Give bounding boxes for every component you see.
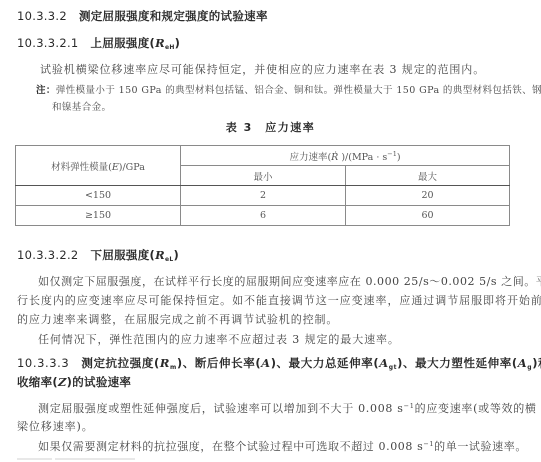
section-number: 10.3.3.2 [17, 9, 67, 23]
table-row: <150 2 20 [16, 186, 510, 206]
title-text: )和断面 [532, 356, 541, 370]
note-text: 弹性模量小于 150 GPa 的典型材料包括锰、铝合金、铜和钛。弹性模量大于 1… [56, 85, 541, 96]
title-text: 收缩率( [17, 375, 58, 389]
column-header-min: 最小 [181, 166, 346, 186]
title-text: ) [173, 248, 179, 262]
column-group-header-stress-rate: 应力速率(Ṙ )/(MPa · s−1) [181, 146, 510, 166]
section-heading-10-3-3-2-2: 10.3.3.2.2下屈服强度(ReL) [17, 247, 179, 263]
title-text: 测定抗拉强度( [81, 356, 159, 370]
header-text: 材料弹性模量( [51, 162, 112, 173]
text: 的单一试验速率。 [434, 440, 527, 453]
subscript: eH [165, 44, 175, 51]
paragraph-line: 行长度内的应变速率应尽可能保持恒定。如不能直接调节这一应变速率，应通过调节屈服即… [17, 292, 541, 308]
text: 测定屈服强度或塑性延伸强度后，试验速率可以增加到不大于 0.008 s [38, 402, 404, 415]
text: 的应变速率(或等效的横 [415, 402, 537, 415]
section-heading-10-3-3-3: 10.3.3.3测定抗拉强度(Rm)、断后伸长率(A)、最大力总延伸率(Agt)… [17, 355, 541, 371]
cutoff-next-heading-title [55, 458, 135, 460]
cell-max: 60 [346, 206, 510, 226]
stress-rate-table: 材料弹性模量(E)/GPa 应力速率(Ṙ )/(MPa · s−1) 最小 最大… [15, 145, 510, 226]
note-line-2: 和镍基合金。 [52, 99, 111, 113]
section-number: 10.3.3.2.1 [17, 36, 79, 50]
cell-modulus: ≥150 [16, 206, 181, 226]
subscript: gt [389, 364, 397, 371]
title-text: 上屈服强度( [91, 36, 156, 50]
cell-modulus: <150 [16, 186, 181, 206]
paragraph-crosshead-rate: 试验机横梁位移速率应尽可能保持恒定，并使相应的应力速率在表 3 规定的范围内。 [40, 61, 485, 77]
cell-min: 6 [181, 206, 346, 226]
cell-min: 2 [181, 186, 346, 206]
paragraph-line: 测定屈服强度或塑性延伸强度后，试验速率可以增加到不大于 0.008 s−1的应变… [38, 400, 537, 416]
title-text: ) [175, 36, 181, 50]
paragraph-line: 如果仅需要测定材料的抗拉强度，在整个试验过程中可选取不超过 0.008 s−1的… [38, 438, 527, 454]
paragraph-line: 如仅测定下屈服强度，在试样平行长度的屈服期间应变速率应在 0.000 25/s～… [38, 273, 541, 289]
symbol: E [112, 162, 119, 173]
title-text: )的试验速率 [67, 375, 132, 389]
column-header-modulus: 材料弹性模量(E)/GPa [16, 146, 181, 186]
section-number: 10.3.3.3 [17, 356, 69, 370]
symbol: R [155, 36, 165, 50]
section-title: 测定屈服强度和规定强度的试验速率 [79, 9, 268, 23]
symbol: A [261, 356, 271, 370]
header-text: )/GPa [119, 162, 145, 173]
superscript: −1 [404, 402, 415, 410]
header-text: 应力速率( [289, 152, 331, 163]
section-number: 10.3.3.2.2 [17, 248, 79, 262]
header-text: )/(MPa · s [338, 152, 387, 163]
table-title: 表 3 应力速率 [0, 119, 541, 135]
title-text: )、断后伸长率( [177, 356, 261, 370]
section-heading-10-3-3-2: 10.3.3.2测定屈服强度和规定强度的试验速率 [17, 8, 268, 24]
note-line-1: 注：弹性模量小于 150 GPa 的典型材料包括锰、铝合金、铜和钛。弹性模量大于… [36, 82, 541, 96]
paragraph-line: 的应力速率来调整，在屈服完成之前不再调节试验机的控制。 [17, 311, 338, 327]
header-text: ) [397, 152, 401, 163]
section-heading-10-3-3-2-1: 10.3.3.2.1上屈服强度(ReH) [17, 35, 180, 51]
symbol: Z [58, 375, 67, 389]
superscript: −1 [423, 440, 434, 448]
title-text: )、最大力塑性延伸率( [397, 356, 518, 370]
cell-max: 20 [346, 186, 510, 206]
text: 如果仅需要测定材料的抗拉强度，在整个试验过程中可选取不超过 0.008 s [38, 440, 423, 453]
note-label: 注： [36, 85, 56, 96]
symbol: R [155, 248, 165, 262]
symbol: R [160, 356, 170, 370]
superscript: −1 [387, 150, 397, 158]
subscript: m [170, 364, 177, 371]
column-header-max: 最大 [346, 166, 510, 186]
section-heading-10-3-3-3-line2: 收缩率(Z)的试验速率 [17, 374, 131, 390]
paragraph-line: 梁位移速率)。 [17, 418, 94, 434]
symbol: A [518, 356, 528, 370]
paragraph-line: 任何情况下，弹性范围内的应力速率不应超过表 3 规定的最大速率。 [38, 331, 400, 347]
cutoff-next-heading-number [17, 458, 52, 460]
title-text: 下屈服强度( [91, 248, 156, 262]
symbol: A [379, 356, 389, 370]
title-text: )、最大力总延伸率( [271, 356, 380, 370]
table-row: ≥150 6 60 [16, 206, 510, 226]
